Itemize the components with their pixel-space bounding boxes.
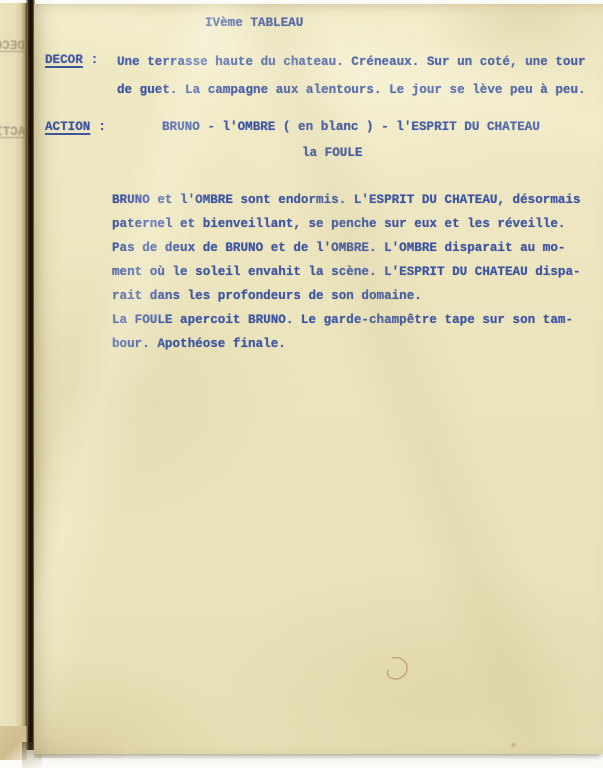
action-label: ACTION bbox=[45, 120, 90, 134]
action-cast-line-2: la FOULE bbox=[302, 145, 362, 161]
synopsis-paragraph: BRUNO et l'OMBRE sont endormis. L'ESPRIT… bbox=[112, 188, 581, 356]
text-line: paternel et bienveillant, se penche sur … bbox=[112, 212, 581, 236]
text-line: de guet. La campagne aux alentours. Le j… bbox=[117, 76, 586, 104]
corner-crease bbox=[34, 700, 124, 758]
scanned-document: DECOR ACTION IVème TABLEAU DECOR: Une te… bbox=[0, 0, 603, 768]
decor-colon: : bbox=[91, 53, 99, 67]
text-line: bour. Apothéose finale. bbox=[112, 332, 581, 356]
stain-dot bbox=[510, 742, 517, 748]
action-cast-line-1: BRUNO - l'OMBRE ( en blanc ) - l'ESPRIT … bbox=[162, 119, 540, 135]
action-colon: : bbox=[98, 120, 106, 134]
text-line: Une terrasse haute du chateau. Créneaux.… bbox=[117, 48, 586, 76]
text-line: La FOULE apercoit BRUNO. Le garde-champê… bbox=[112, 308, 581, 332]
text-line: ment où le soleil envahit la scène. L'ES… bbox=[112, 260, 581, 284]
text-line: rait dans les profondeurs de son domaine… bbox=[112, 284, 581, 308]
bleedthrough-action-fragment: ACTION bbox=[0, 125, 25, 139]
text-line: Pas de deux de BRUNO et de l'OMBRE. L'OM… bbox=[112, 236, 581, 260]
decor-label: DECOR bbox=[45, 53, 83, 67]
decor-label-row: DECOR: bbox=[45, 52, 98, 68]
previous-page-edge: DECOR ACTION bbox=[0, 3, 27, 760]
page-title: IVème TABLEAU bbox=[205, 15, 303, 31]
action-label-row: ACTION: bbox=[45, 119, 106, 135]
document-page: IVème TABLEAU DECOR: Une terrasse haute … bbox=[34, 4, 603, 754]
bleedthrough-decor-fragment: DECOR bbox=[0, 39, 25, 53]
text-line: BRUNO et l'OMBRE sont endormis. L'ESPRIT… bbox=[112, 188, 581, 212]
fiber-hair-mark bbox=[383, 655, 411, 689]
decor-text: Une terrasse haute du chateau. Créneaux.… bbox=[117, 48, 586, 104]
paper-texture bbox=[34, 4, 603, 754]
